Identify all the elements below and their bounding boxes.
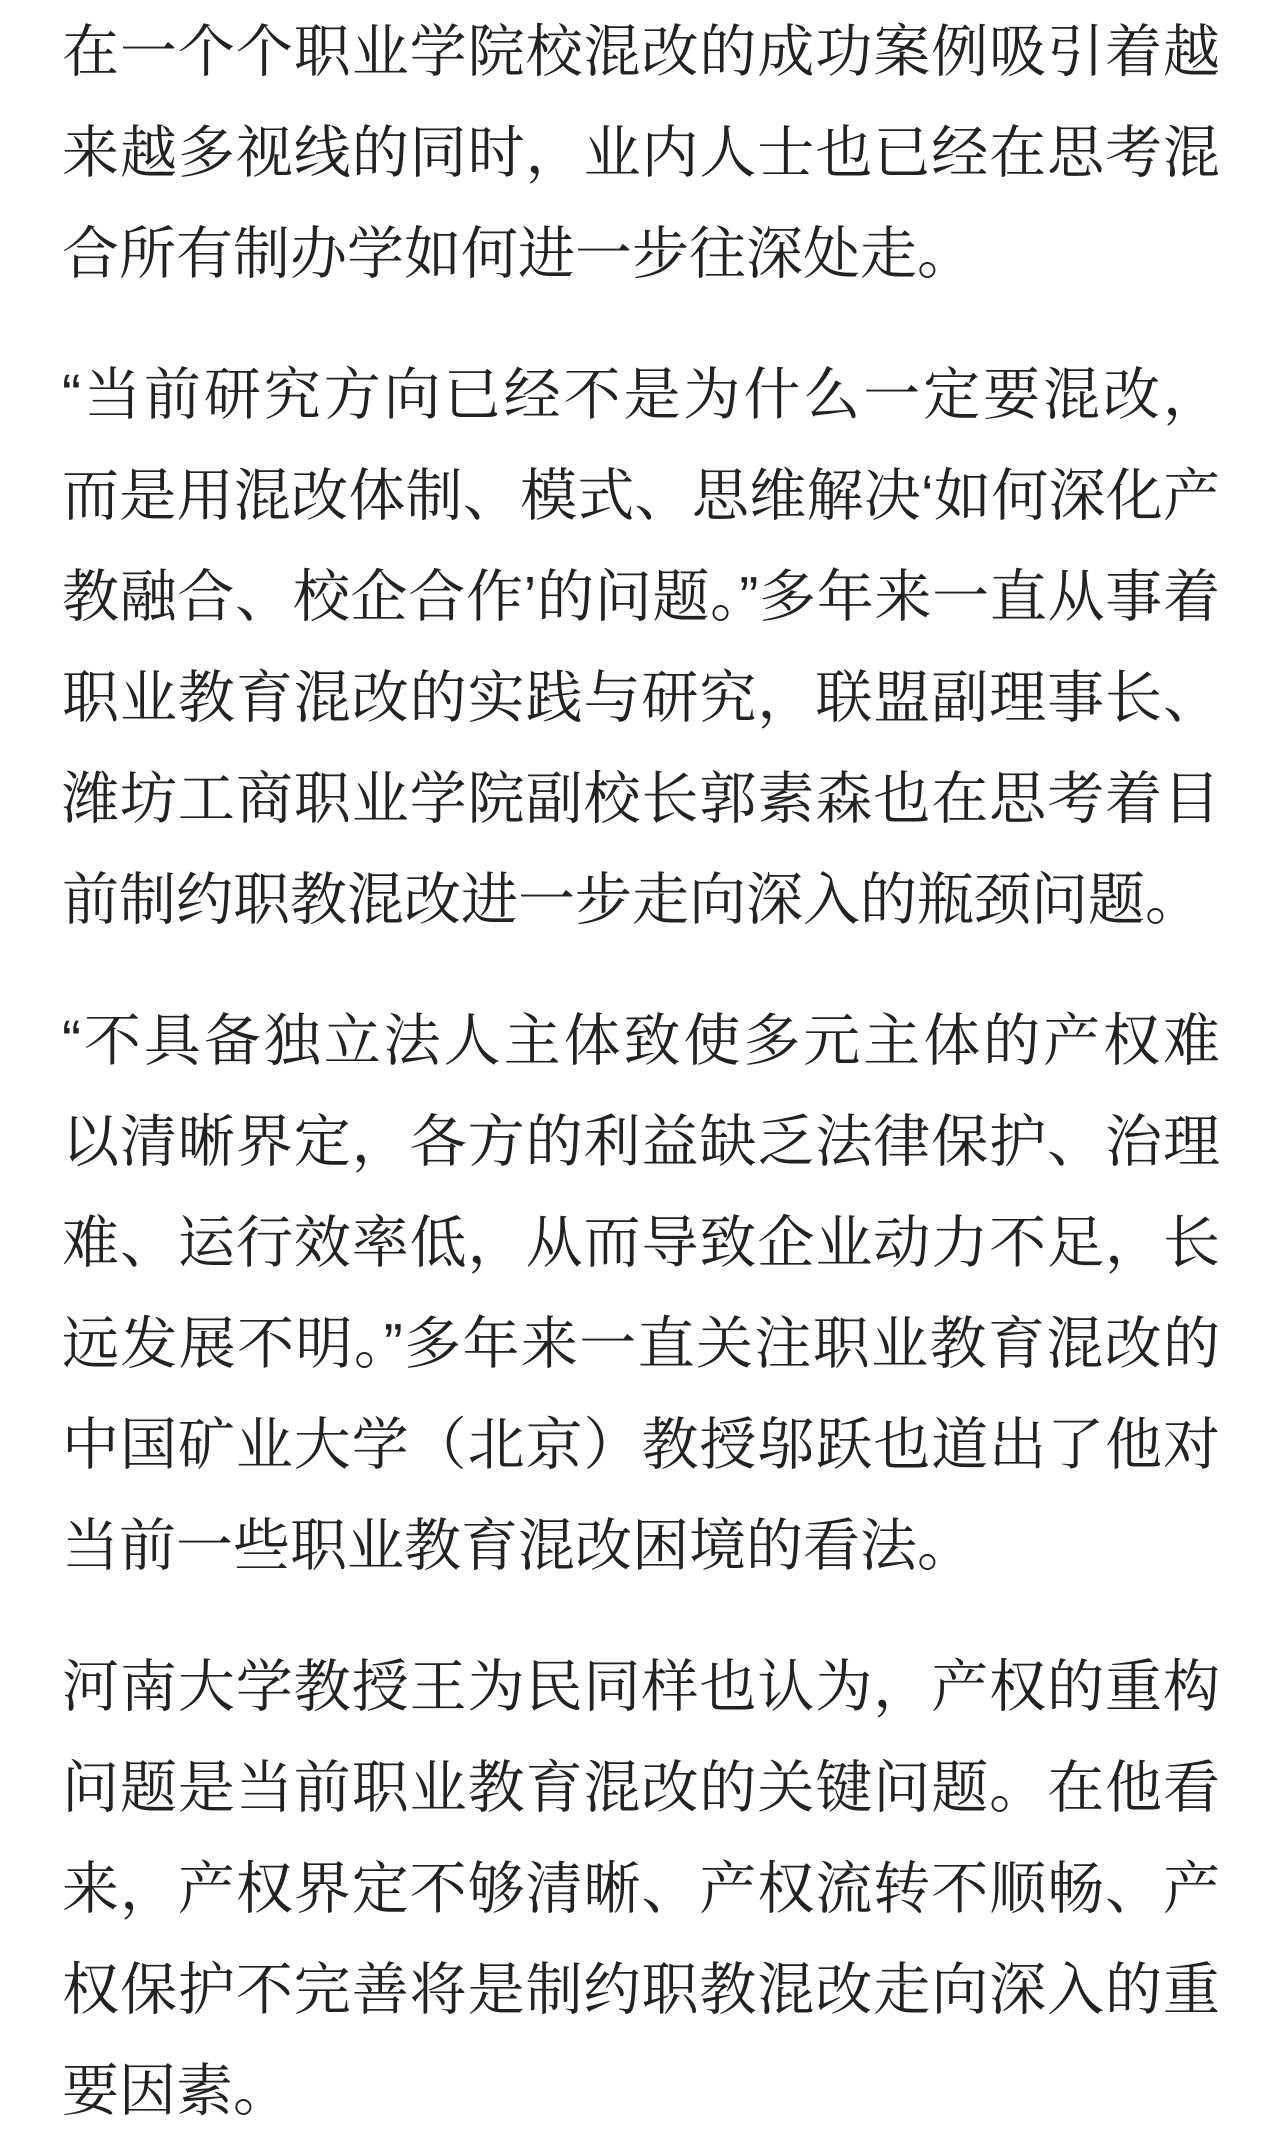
paragraph-wangweimin: 河南大学教授王为民同样也认为，产权的重构问题是当前职业教育混改的关键问题。在他看…	[62, 1637, 1220, 2135]
paragraph-quote-guosusen: “当前研究方向已经不是为什么一定要混改，而是用混改体制、模式、思维解决‘如何深化…	[62, 345, 1220, 951]
article-body: 在一个个职业学院校混改的成功案例吸引着越来越多视线的同时，业内人士也已经在思考混…	[0, 0, 1284, 2135]
paragraph-intro: 在一个个职业学院校混改的成功案例吸引着越来越多视线的同时，业内人士也已经在思考混…	[62, 2, 1220, 305]
paragraph-quote-wuyue: “不具备独立法人主体致使多元主体的产权难以清晰界定，各方的利益缺乏法律保护、治理…	[62, 991, 1220, 1597]
